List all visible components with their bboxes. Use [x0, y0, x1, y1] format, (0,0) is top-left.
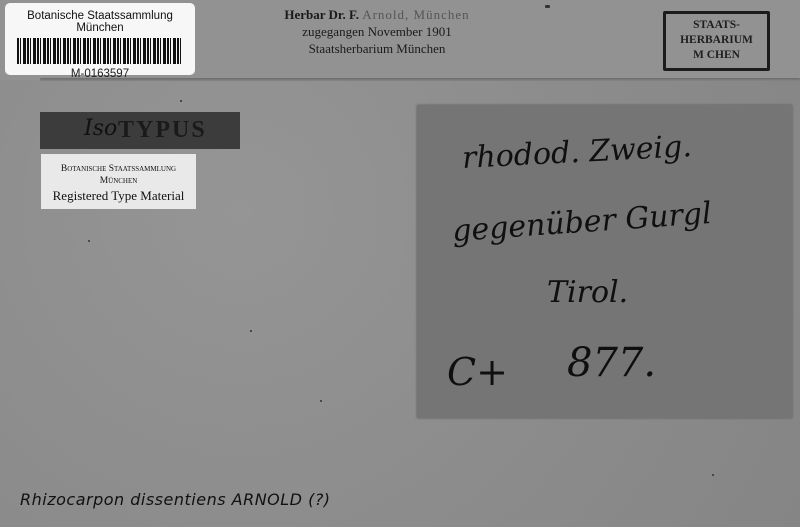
stamp-line3: Staatsherbarium München: [262, 40, 492, 57]
staatsherbarium-box-stamp: STAATS- HERBARIUM M CHEN: [663, 11, 770, 71]
card-line1: rhodod. Zweig.: [461, 129, 692, 176]
speck: [712, 474, 714, 476]
reg-line1: Botanische Staatssammlung: [41, 163, 196, 175]
reg-line3: Registered Type Material: [41, 188, 196, 204]
determination-note: Rhizocarpon dissentiens ARNOLD (?): [20, 490, 331, 509]
box-stamp-line1: STAATS-: [666, 18, 767, 33]
box-stamp-line2: HERBARIUM: [666, 33, 767, 48]
stamp-line1-rest: Arnold, München: [362, 7, 469, 22]
specimen-id: M-0163597: [5, 68, 195, 80]
type-printed-text: TYPUS: [118, 117, 207, 144]
reg-line2: München: [41, 175, 196, 187]
herbarium-stamp: Herbar Dr. F. Arnold, München zugegangen…: [262, 6, 492, 57]
specimen-card: rhodod. Zweig. gegenüber Gurgl Tirol. C+…: [417, 105, 792, 418]
barcode-institution: Botanische Staatssammlung München: [5, 10, 195, 34]
speck: [250, 330, 252, 332]
box-stamp-line3: M CHEN: [666, 48, 767, 63]
speck: [180, 100, 182, 102]
card-number: 877.: [567, 340, 656, 386]
speck: [545, 5, 550, 8]
speck: [320, 400, 322, 402]
type-status-label: Iso TYPUS: [40, 112, 240, 149]
stamp-line2: zugegangen November 1901: [262, 23, 492, 40]
barcode-label: Botanische Staatssammlung München M-0163…: [5, 3, 195, 75]
barcode-icon: [17, 38, 183, 64]
herbarium-sheet: Botanische Staatssammlung München M-0163…: [0, 0, 800, 527]
registered-type-label: Botanische Staatssammlung München Regist…: [41, 154, 196, 209]
card-line2: gegenüber Gurgl: [451, 196, 713, 249]
type-handwritten-prefix: Iso: [84, 116, 117, 141]
stamp-line1-bold: Herbar Dr. F.: [284, 7, 359, 22]
card-mark: C+: [447, 350, 508, 394]
speck: [88, 240, 90, 242]
card-line3: Tirol.: [547, 275, 628, 310]
